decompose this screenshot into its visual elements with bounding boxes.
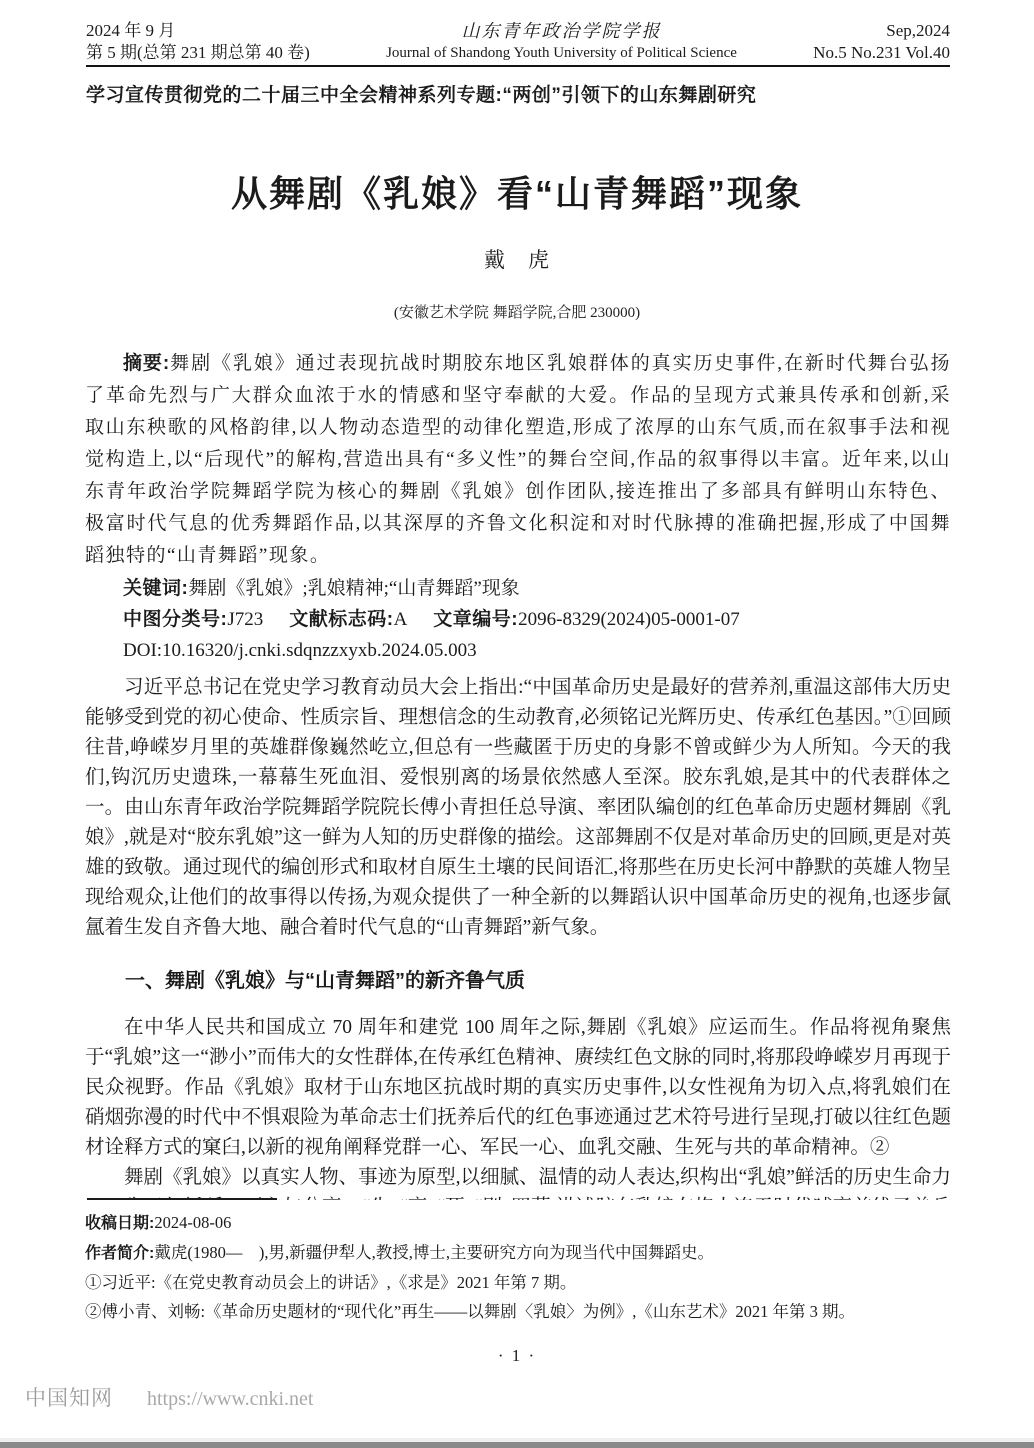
journal-page: 2024 年 9 月 第 5 期(总第 231 期总第 40 卷) 山东青年政治…: [0, 0, 1034, 1448]
received-date-line: 收稿日期:2024-08-06: [85, 1208, 951, 1238]
footnote-2: ②傅小青、刘畅:《革命历史题材的“现代化”再生——以舞剧〈乳娘〉为例》,《山东艺…: [85, 1297, 951, 1326]
abstract-text: 舞剧《乳娘》通过表现抗战时期胶东地区乳娘群体的真实历史事件,在新时代舞台弘扬了革…: [85, 353, 951, 566]
header-center: 山东青年政治学院学报 Journal of Shandong Youth Uni…: [386, 20, 737, 64]
footnote-block: 收稿日期:2024-08-06 作者简介:戴虎(1980— ),男,新疆伊犁人,…: [85, 1198, 951, 1326]
header-divider: [86, 65, 950, 67]
keywords-line: 关键词:舞剧《乳娘》;乳娘精神;“山青舞蹈”现象: [85, 575, 951, 603]
header-issue-cn: 第 5 期(总第 231 期总第 40 卷): [86, 42, 310, 64]
clc-value: J723: [227, 609, 263, 630]
received-date-value: 2024-08-06: [154, 1213, 231, 1232]
section-1-paragraph-2: 舞剧《乳娘》以真实人物、事迹为原型,以细腻、温情的动人表达,织构出“乳娘”鲜活的…: [85, 1163, 951, 1200]
abstract-label: 摘要:: [123, 353, 170, 374]
received-date-label: 收稿日期:: [85, 1215, 154, 1232]
header-right: Sep,2024 No.5 No.231 Vol.40: [813, 20, 950, 64]
bottom-scrollbar: [0, 1442, 1034, 1448]
author-name: 戴 虎: [0, 244, 1034, 274]
keywords-text: 舞剧《乳娘》;乳娘精神;“山青舞蹈”现象: [188, 578, 519, 599]
article-title: 从舞剧《乳娘》看“山青舞蹈”现象: [0, 166, 1034, 217]
article-id-label: 文章编号:: [433, 609, 518, 630]
doc-code-value: A: [394, 609, 408, 630]
cnki-watermark: 中国知网https://www.cnki.net: [25, 1382, 313, 1412]
cnki-url: https://www.cnki.net: [147, 1388, 313, 1410]
author-affiliation: (安徽艺术学院 舞蹈学院,合肥 230000): [0, 301, 1034, 322]
author-bio-line: 作者简介:戴虎(1980— ),男,新疆伊犁人,教授,博士,主要研究方向为现当代…: [85, 1238, 951, 1268]
special-topic-banner: 学习宣传贯彻党的二十届三中全会精神系列专题:“两创”引领下的山东舞剧研究: [86, 84, 950, 108]
section-1-heading: 一、舞剧《乳娘》与“山青舞蹈”的新齐鲁气质: [85, 967, 951, 995]
header-date-cn: 2024 年 9 月: [86, 20, 310, 42]
footnote-1: ①习近平:《在党史教育动员会上的讲话》,《求是》2021 年第 7 期。: [85, 1268, 951, 1297]
clc-label: 中图分类号:: [123, 609, 227, 630]
author-bio-label: 作者简介:: [85, 1245, 154, 1262]
section-1-paragraph-1: 在中华人民共和国成立 70 周年和建党 100 周年之际,舞剧《乳娘》应运而生。…: [85, 1013, 951, 1163]
abstract-paragraph: 摘要:舞剧《乳娘》通过表现抗战时期胶东地区乳娘群体的真实历史事件,在新时代舞台弘…: [85, 348, 951, 572]
keywords-label: 关键词:: [123, 578, 188, 599]
journal-title-en: Journal of Shandong Youth University of …: [386, 42, 737, 64]
clc-line: 中图分类号:J723文献标志码:A文章编号:2096-8329(2024)05-…: [85, 606, 951, 634]
journal-title-cn: 山东青年政治学院学报: [386, 20, 737, 42]
journal-header: 2024 年 9 月 第 5 期(总第 231 期总第 40 卷) 山东青年政治…: [86, 20, 950, 64]
author-bio-value: 戴虎(1980— ),男,新疆伊犁人,教授,博士,主要研究方向为现当代中国舞蹈史…: [154, 1243, 714, 1262]
header-left: 2024 年 9 月 第 5 期(总第 231 期总第 40 卷): [86, 20, 310, 64]
footnote-divider: [87, 1198, 277, 1200]
doi-line: DOI:10.16320/j.cnki.sdqnzzxyxb.2024.05.0…: [85, 637, 951, 665]
header-issue-en: No.5 No.231 Vol.40: [813, 42, 950, 64]
intro-paragraph: 习近平总书记在党史学习教育动员大会上指出:“中国革命历史是最好的营养剂,重温这部…: [85, 673, 951, 943]
doc-code-label: 文献标志码:: [289, 609, 393, 630]
header-date-en: Sep,2024: [813, 20, 950, 42]
cnki-brand: 中国知网: [25, 1386, 113, 1410]
page-number: · 1 ·: [0, 1346, 1034, 1366]
article-id-value: 2096-8329(2024)05-0001-07: [518, 609, 740, 630]
article-body: 摘要:舞剧《乳娘》通过表现抗战时期胶东地区乳娘群体的真实历史事件,在新时代舞台弘…: [85, 348, 951, 1200]
